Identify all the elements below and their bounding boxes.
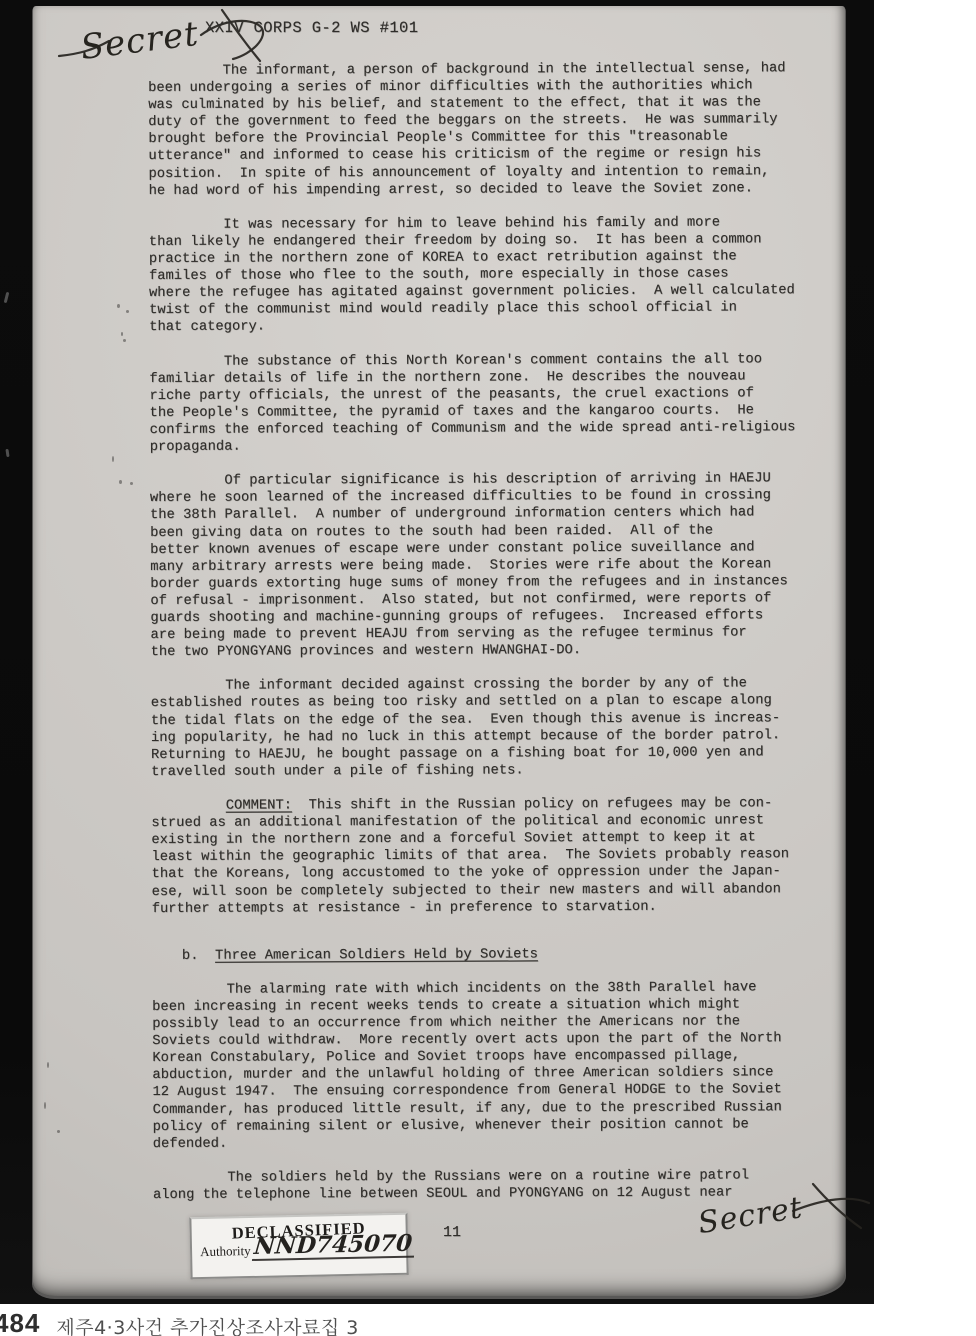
typed-line: that the Koreans, long accustomed to the…	[152, 864, 798, 884]
book-page: { "colors": { "scan_background": "#0b0b0…	[0, 0, 976, 1336]
typed-line: the 38th Parallel. A number of undergrou…	[150, 505, 796, 525]
typed-line: are being made to prevent HEAJU from ser…	[150, 624, 796, 644]
book-page-number: 484	[0, 1308, 40, 1336]
typed-line: that category.	[149, 317, 795, 337]
paragraph: It was necessary for him to leave behind…	[149, 214, 795, 336]
paragraph: The informant, a person of background in…	[148, 60, 794, 200]
ink-speck	[47, 1062, 49, 1068]
typed-line: he had word of his impending arrest, so …	[149, 180, 795, 200]
paragraph: Of particular significance is his descri…	[150, 470, 797, 661]
scan-speck	[5, 449, 9, 457]
typed-line: 12 August 1947. The ensuing corresponden…	[152, 1082, 798, 1102]
paragraph: The alarming rate with which incidents o…	[152, 979, 799, 1153]
typed-line: utterance" and informed to cease his cri…	[148, 146, 794, 166]
typed-line: twist of the communist mind would readil…	[149, 299, 795, 319]
paragraph: The informant decided against crossing t…	[151, 676, 797, 781]
ink-speck	[119, 480, 122, 484]
page-number: 11	[443, 1224, 461, 1241]
scanned-document-photo: Secret XXIV CORPS G-2 WS #101 The inform…	[0, 0, 874, 1304]
book-footer: 484 제주4·3사건 추가진상조사자료집 3	[0, 1308, 359, 1336]
typed-line: ese, will soon be completely subjected t…	[152, 881, 798, 901]
stamp-authority-number-handwritten: NND745070	[251, 1232, 415, 1261]
stamp-authority-label: Authority	[200, 1243, 251, 1262]
typed-line: policy of remaining silent or elusive, w…	[153, 1116, 799, 1136]
typed-line: b. Three American Soldiers Held by Sovie…	[182, 945, 798, 965]
ink-speck	[57, 1130, 60, 1133]
handwritten-secret-top-text: Secret	[79, 14, 201, 68]
ink-speck	[126, 310, 129, 313]
scan-speck	[4, 292, 10, 303]
typed-line: the two PYONGYANG provinces and western …	[151, 641, 797, 661]
typed-line: further attempts at resistance - in pref…	[152, 898, 798, 918]
ink-speck	[117, 304, 120, 308]
typed-line: travelled south under a pile of fishing …	[151, 761, 797, 781]
paragraph: COMMENT: This shift in the Russian polic…	[151, 795, 797, 917]
ink-speck	[121, 332, 123, 336]
section-heading: b. Three American Soldiers Held by Sovie…	[182, 945, 798, 965]
document-body: The informant, a person of background in…	[148, 60, 799, 1204]
typed-line: defended.	[153, 1133, 799, 1153]
ink-speck	[123, 339, 126, 342]
typed-line: confirms the enforced teaching of Commun…	[150, 419, 796, 439]
typed-line: established routes as being too risky an…	[151, 693, 797, 713]
typed-line: Returning to HAEJU, he bought passage on…	[151, 744, 797, 764]
paragraph: The substance of this North Korean's com…	[149, 351, 795, 456]
ink-speck	[44, 1102, 46, 1109]
declassified-stamp: DECLASSIFIED Authority NND745070	[189, 1213, 408, 1280]
ink-speck	[112, 456, 114, 462]
ink-speck	[130, 482, 133, 485]
document-paper: Secret XXIV CORPS G-2 WS #101 The inform…	[33, 6, 845, 1296]
handwritten-secret-bottom: Secret	[693, 1178, 875, 1238]
handwritten-secret-bottom-text: Secret	[696, 1190, 805, 1241]
document-header: XXIV CORPS G-2 WS #101	[205, 19, 418, 37]
typed-line: propaganda.	[150, 436, 796, 456]
book-caption-text: 제주4·3사건 추가진상조사자료집 3	[56, 1308, 359, 1336]
